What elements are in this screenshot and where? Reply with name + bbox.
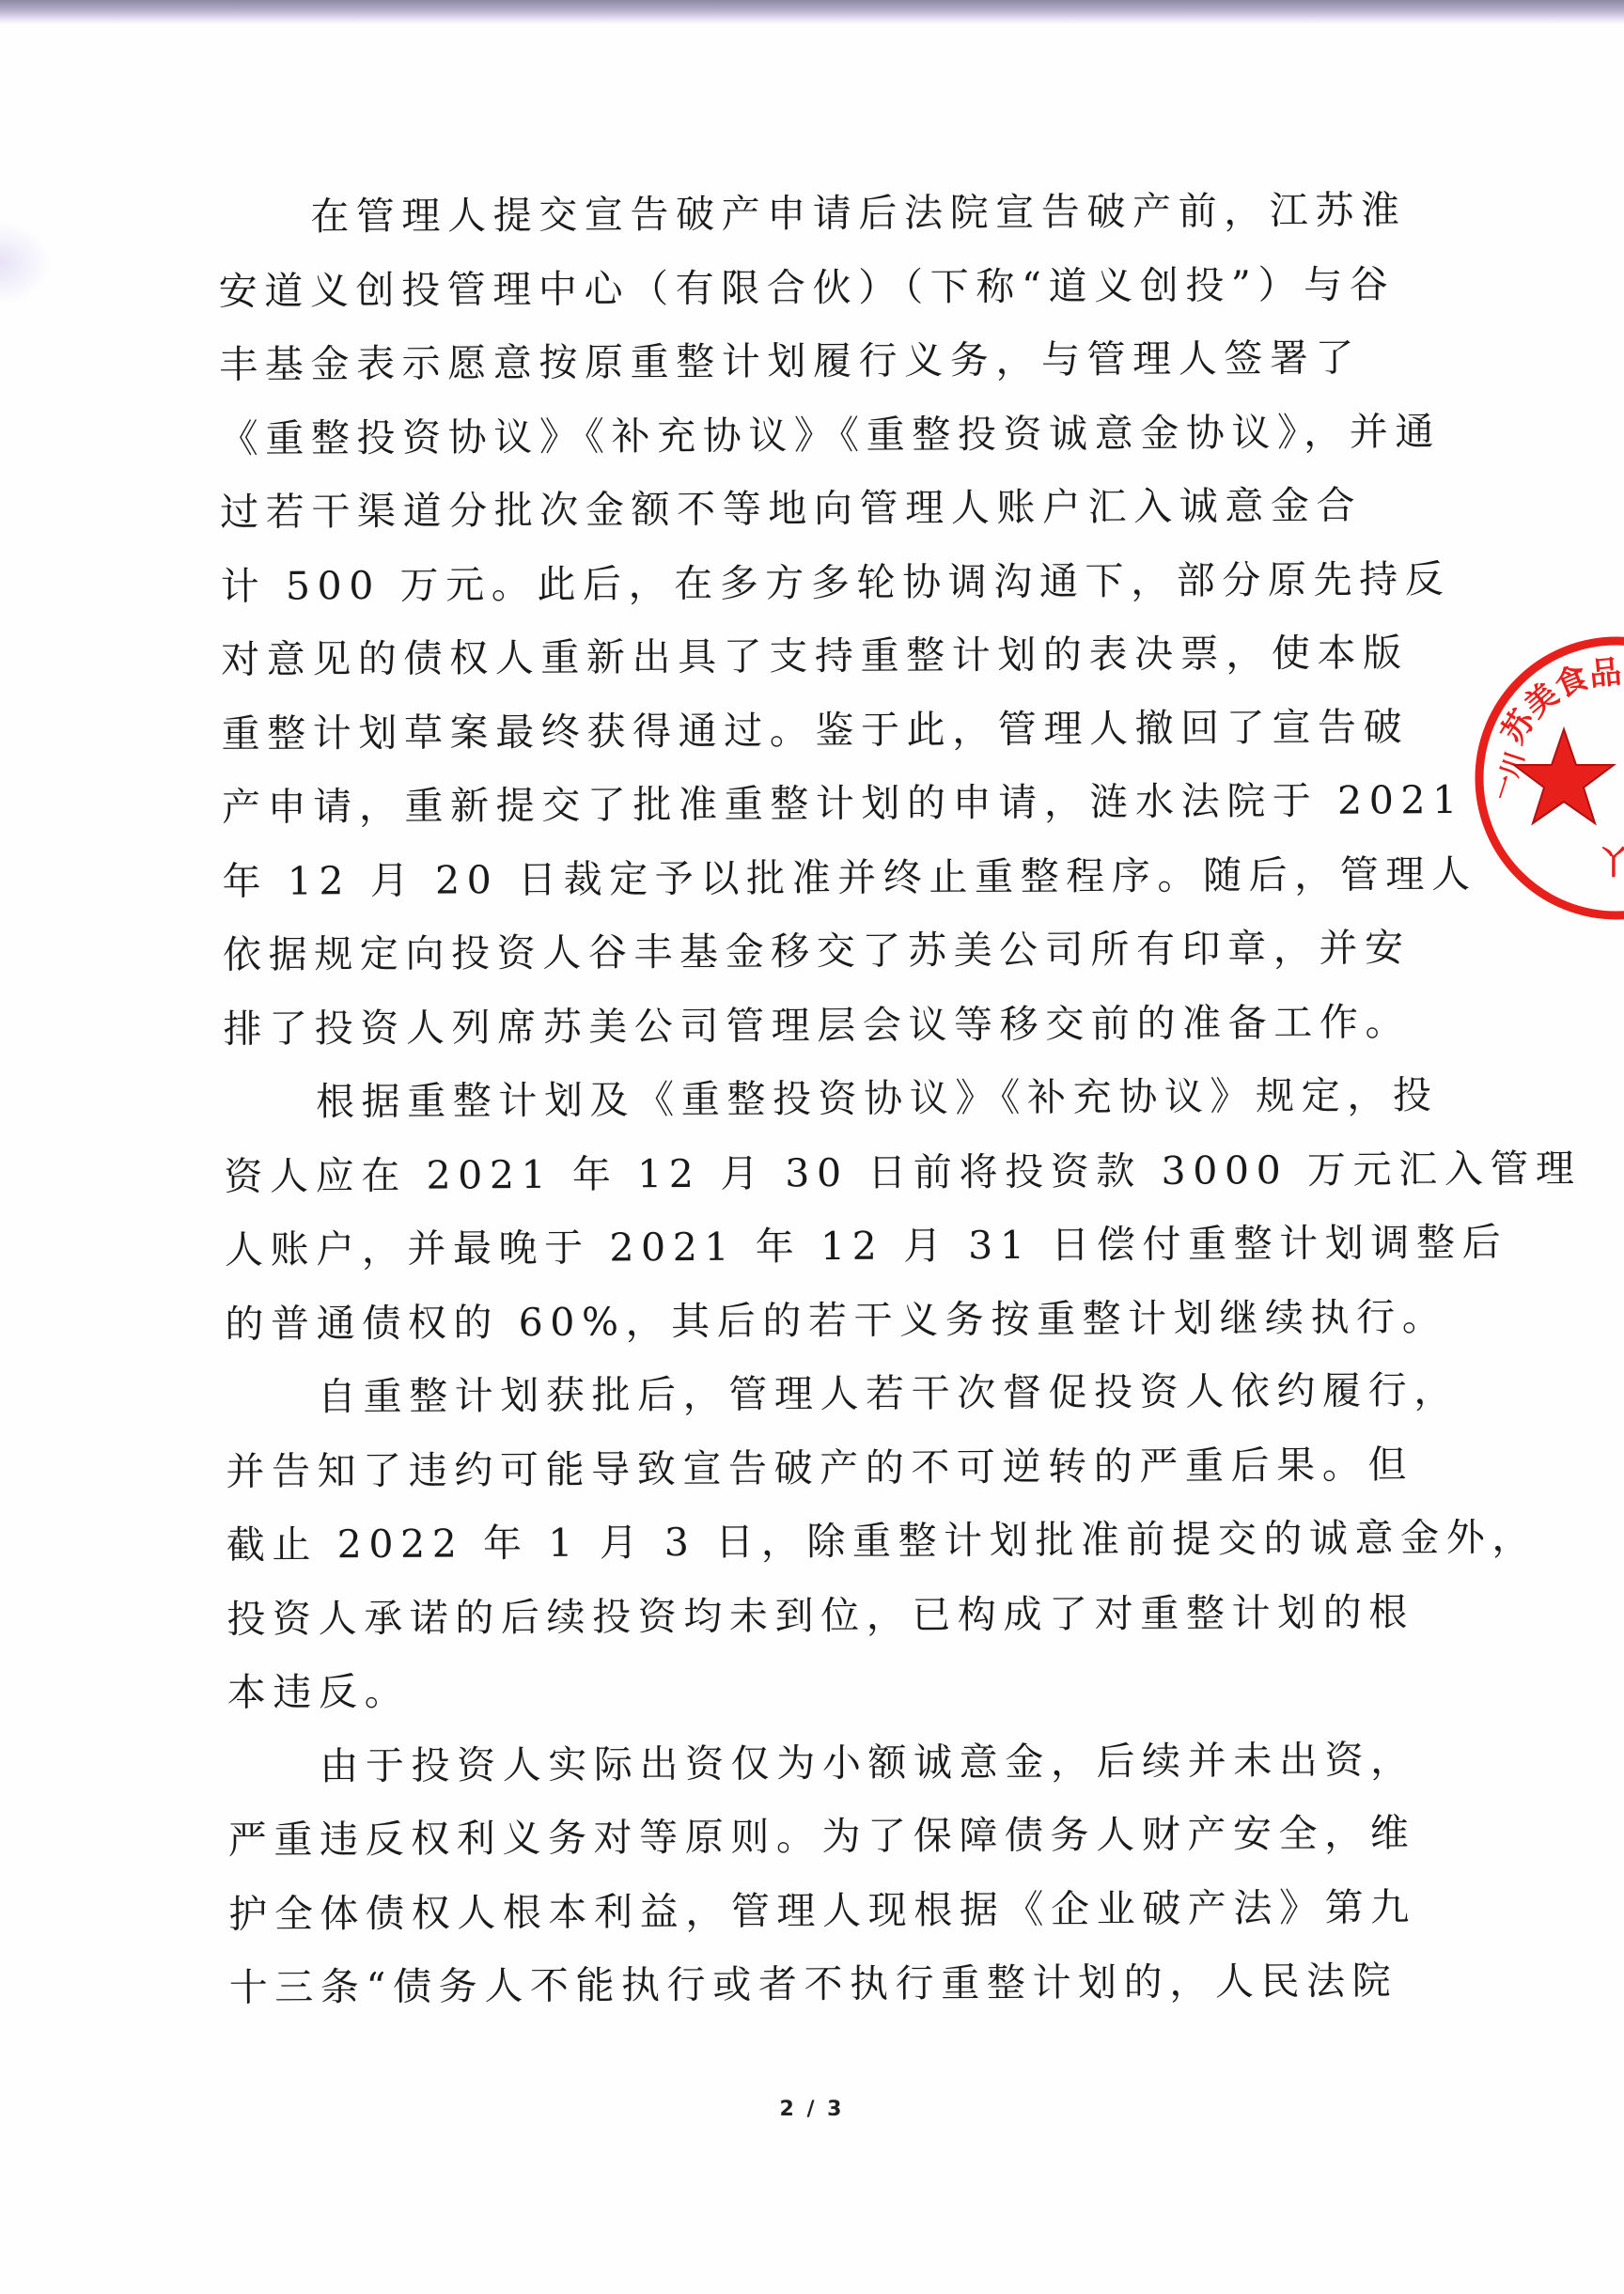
seal-fragment-bottom: 丫 [1598,845,1624,882]
text-line: 自重整计划获批后，管理人若干次督促投资人依约履行， [226,1354,1367,1435]
text-line: 《重整投资协议》《补充协议》《重整投资诚意金协议》，并通 [219,395,1361,476]
text-line: 重整计划草案最终获得通过。鉴于此，管理人撤回了宣告破 [221,690,1363,771]
text-line: 人账户，并最晚于 2021 年 12 月 31 日偿付重整计划调整后 [225,1207,1366,1287]
text-line: 严重违反权利义务对等原则。为了保障债务人财产安全，维 [228,1797,1370,1878]
text-line: 年 12 月 20 日裁定予以批准并终止重整程序。随后，管理人 [222,837,1364,918]
text-line: 由于投资人实际出资仅为小额诚意金，后续并未出资， [227,1723,1369,1803]
text-line: 排了投资人列席苏美公司管理层会议等移交前的准备工作。 [223,985,1365,1066]
paragraph-2: 根据重整计划及《重整投资协议》《补充协议》规定，投 资人应在 2021 年 12… [224,1059,1367,1361]
document-body: 在管理人提交宣告破产申请后法院宣告破产前，江苏淮 安道义创投管理中心（有限合伙）… [218,174,1371,2025]
seal-fragment-left: 一川 [1489,749,1531,804]
scan-smudge [0,221,52,305]
paragraph-4: 由于投资人实际出资仅为小额诚意金，后续并未出资， 严重违反权利义务对等原则。为了… [227,1723,1371,2024]
text-line: 依据规定向投资人谷丰基金移交了苏美公司所有印章，并安 [223,912,1365,992]
text-line: 根据重整计划及《重整投资协议》《补充协议》规定，投 [224,1059,1366,1140]
seal-text: 苏美食品 [1494,653,1623,750]
scan-edge-shadow [0,0,1624,24]
text-line: 截止 2022 年 1 月 3 日，除重整计划批准前提交的诚意金外， [226,1502,1368,1583]
text-line: 过若干渠道分批次金额不等地向管理人账户汇入诚意金合 [220,469,1362,550]
text-line: 的普通债权的 60%，其后的若干义务按重整计划继续执行。 [225,1280,1366,1361]
text-line: 对意见的债权人重新出具了支持重整计划的表决票，使本版 [221,616,1363,697]
text-line: 计 500 万元。此后，在多方多轮协调沟通下，部分原先持反 [220,542,1362,623]
text-line: 十三条“债务人不能执行或者不执行重整计划的，人民法院 [229,1944,1371,2025]
text-line: 护全体债权人根本利益，管理人现根据《企业破产法》第九 [228,1870,1370,1951]
text-line: 产申请，重新提交了批准重整计划的申请，涟水法院于 2021 [222,764,1364,845]
text-line: 资人应在 2021 年 12 月 30 日前将投资款 3000 万元汇入管理 [224,1132,1366,1213]
text-line: 丰基金表示愿意按原重整计划履行义务，与管理人签署了 [219,321,1361,402]
text-line: 并告知了违约可能导致宣告破产的不可逆转的严重后果。但 [226,1428,1367,1508]
company-seal: 苏美食品 一川 丫 [1466,628,1624,929]
paragraph-3: 自重整计划获批后，管理人若干次督促投资人依约履行， 并告知了违约可能导致宣告破产… [226,1354,1369,1730]
text-line: 本违反。 [227,1649,1369,1730]
text-line: 在管理人提交宣告破产申请后法院宣告破产前，江苏淮 [218,174,1360,255]
paragraph-1: 在管理人提交宣告破产申请后法院宣告破产前，江苏淮 安道义创投管理中心（有限合伙）… [218,174,1366,1066]
text-line: 安道义创投管理中心（有限合伙）（下称“道义创投”）与谷 [218,247,1360,328]
page-number: 2 / 3 [0,2098,1624,2121]
text-line: 投资人承诺的后续投资均未到位，已构成了对重整计划的根 [226,1575,1368,1656]
